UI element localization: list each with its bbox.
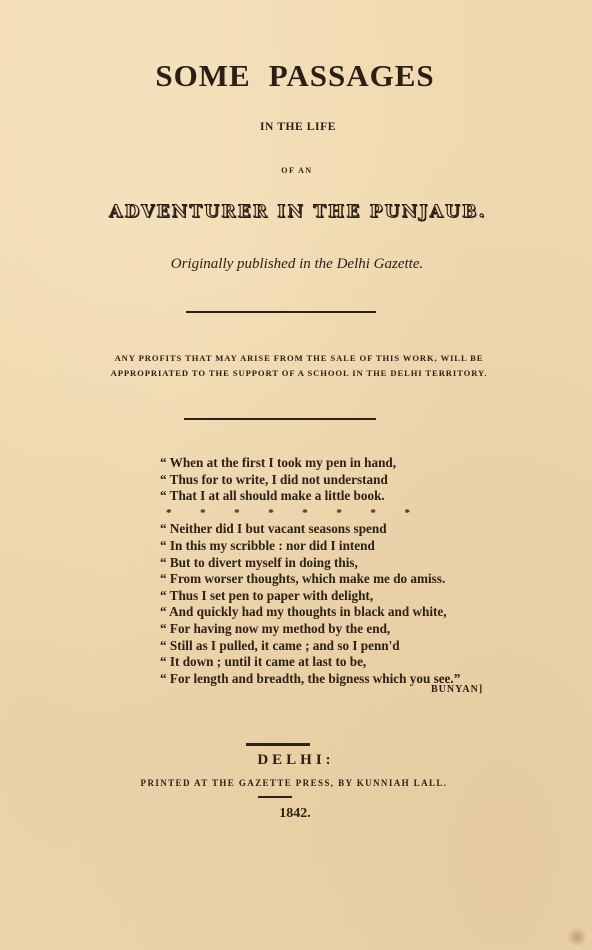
notice-line: APPROPRIATED TO THE SUPPORT OF A SCHOOL … [6, 366, 592, 381]
poem-line: “ It down ; until it came at last to be, [160, 654, 500, 671]
star: * [200, 505, 206, 522]
notice-line: ANY PROFITS THAT MAY ARISE FROM THE SALE… [6, 351, 592, 366]
poem-line: “ That I at all should make a little boo… [160, 488, 500, 505]
poem-line: “ Thus for to write, I did not understan… [160, 472, 500, 489]
star: * [336, 505, 342, 522]
asterism: * * * * * * * * [160, 505, 410, 522]
poem-line: “ In this my scribble : nor did I intend [160, 538, 500, 555]
imprint-year: 1842. [0, 806, 592, 822]
star: * [234, 505, 240, 522]
imprint-place: DELHI: [0, 752, 592, 769]
poem-line: “ But to divert myself in doing this, [160, 555, 500, 572]
subtitle-in-the-life: IN THE LIFE [4, 121, 592, 133]
title-word: SOME [155, 58, 250, 93]
poem-line: “ Thus I set pen to paper with delight, [160, 588, 500, 605]
page-title: SOMEPASSAGES [0, 58, 592, 94]
subtitle-subject: ADVENTURER IN THE PUNJAUB. [4, 202, 592, 222]
divider-rule [246, 743, 310, 746]
star: * [404, 505, 410, 522]
divider-rule [186, 311, 376, 313]
poem-line: “ From worser thoughts, which make me do… [160, 571, 500, 588]
poem-line: “ Still as I pulled, it came ; and so I … [160, 638, 500, 655]
star: * [302, 505, 308, 522]
star: * [166, 505, 172, 522]
profits-notice: ANY PROFITS THAT MAY ARISE FROM THE SALE… [6, 351, 592, 380]
paper-stain [566, 928, 588, 946]
poem-line: “ When at the first I took my pen in han… [160, 455, 500, 472]
subtitle-of-an: OF AN [2, 166, 592, 175]
imprint-printer: PRINTED AT THE GAZETTE PRESS, BY KUNNIAH… [0, 778, 592, 788]
title-page: SOMEPASSAGES IN THE LIFE OF AN ADVENTURE… [0, 0, 592, 950]
star: * [370, 505, 376, 522]
divider-rule [258, 796, 292, 798]
poem-attribution: BUNYAN] [431, 684, 483, 695]
publication-note: Originally published in the Delhi Gazett… [2, 256, 592, 273]
divider-rule [184, 418, 376, 420]
epigraph-poem: “ When at the first I took my pen in han… [160, 455, 500, 687]
star: * [268, 505, 274, 522]
poem-line: “ And quickly had my thoughts in black a… [160, 604, 500, 621]
poem-line: “ Neither did I but vacant seasons spend [160, 521, 500, 538]
title-word: PASSAGES [269, 58, 435, 93]
poem-line: “ For having now my method by the end, [160, 621, 500, 638]
